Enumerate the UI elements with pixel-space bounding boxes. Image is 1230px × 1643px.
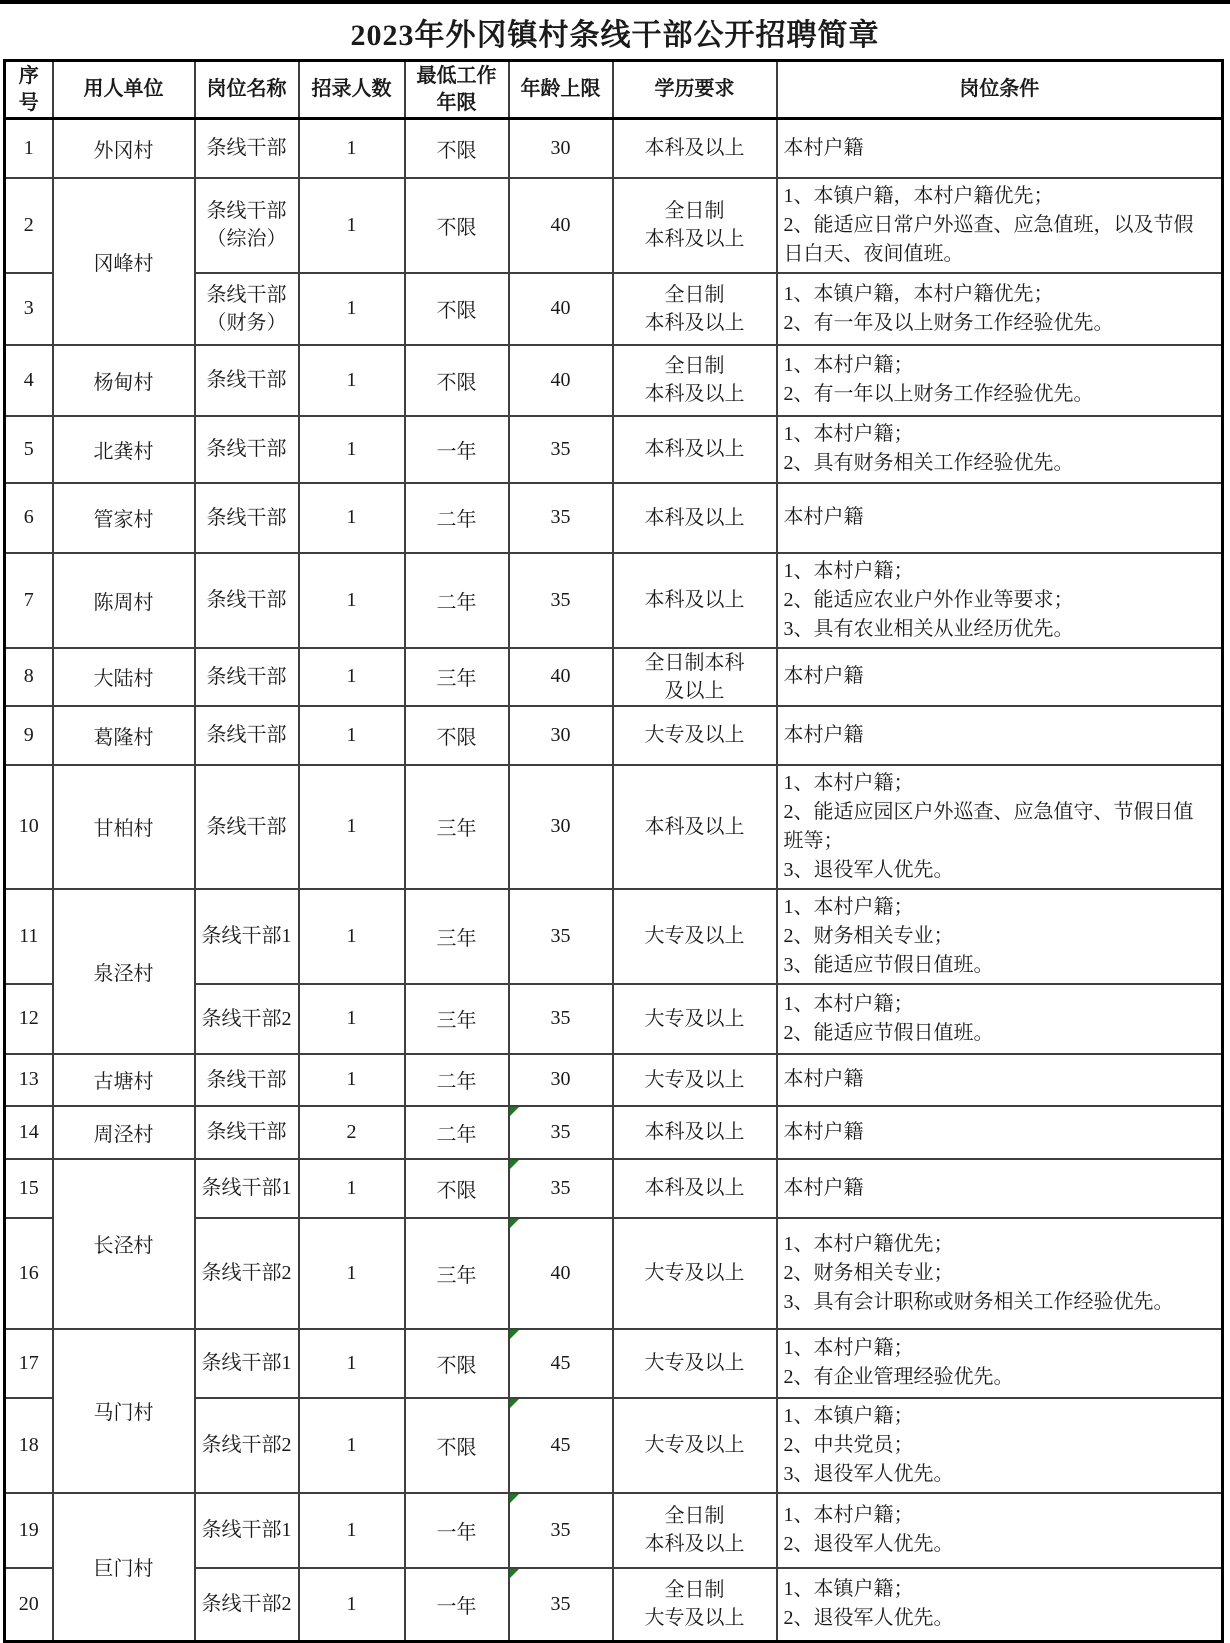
education-line: 大专及以上: [616, 1604, 774, 1632]
requirements-cell: 1、本村户籍；2、有企业管理经验优先。: [777, 1329, 1223, 1398]
education-line: 全日制: [616, 1502, 774, 1530]
education-line: 本科及以上: [616, 504, 774, 532]
education-line: 全日制: [616, 281, 774, 309]
employer-village-cell: 长泾村: [53, 1159, 195, 1329]
requirements-cell: 1、本村户籍；2、财务相关专业；3、能适应节假日值班。: [777, 889, 1223, 984]
education-cell: 大专及以上: [613, 889, 777, 984]
requirements-cell: 1、本村户籍优先；2、财务相关专业；3、具有会计职称或财务相关工作经验优先。: [777, 1218, 1223, 1329]
serial-cell: 3: [5, 273, 53, 345]
age-limit-cell: 35: [509, 1493, 613, 1568]
requirements-cell: 1、本村户籍；2、能适应园区户外巡查、应急值守、节假日值班等；3、退役军人优先。: [777, 765, 1223, 889]
requirements-cell: 本村户籍: [777, 119, 1223, 178]
employer-village-cell: 周泾村: [53, 1106, 195, 1159]
headcount-cell: 1: [299, 984, 405, 1054]
education-line: 大专及以上: [616, 922, 774, 950]
requirement-item: 1、本村户籍；: [784, 990, 1214, 1019]
age-limit-cell: 35: [509, 889, 613, 984]
headcount-cell: 1: [299, 889, 405, 984]
age-limit-cell: 35: [509, 984, 613, 1054]
requirements-cell: 1、本村户籍；2、有一年以上财务工作经验优先。: [777, 345, 1223, 416]
education-line: 本科及以上: [616, 1174, 774, 1202]
position-line: 条线干部: [198, 366, 296, 394]
requirement-item: 1、本村户籍；: [784, 557, 1214, 586]
education-cell: 本科及以上: [613, 483, 777, 553]
headcount-cell: 1: [299, 706, 405, 765]
age-limit-cell: 40: [509, 1218, 613, 1329]
age-limit-cell: 40: [509, 345, 613, 416]
serial-cell: 10: [5, 765, 53, 889]
col-header-serial: 序号: [5, 61, 53, 119]
requirement-item: 2、中共党员；: [784, 1431, 1214, 1460]
employer-village-cell: 泉泾村: [53, 889, 195, 1054]
headcount-cell: 1: [299, 1568, 405, 1642]
requirement-item: 1、本村户籍；: [784, 893, 1214, 922]
age-limit-cell: 40: [509, 178, 613, 273]
requirements-cell: 本村户籍: [777, 648, 1223, 706]
age-limit-cell: 30: [509, 1054, 613, 1106]
requirement-item: 1、本村户籍；: [784, 420, 1214, 449]
position-name-cell: 条线干部: [195, 765, 299, 889]
min-years-cell: 不限: [405, 1398, 509, 1493]
education-cell: 大专及以上: [613, 706, 777, 765]
table-row: 14周泾村条线干部2二年35本科及以上本村户籍: [5, 1106, 1223, 1159]
education-cell: 全日制本科及以上: [613, 345, 777, 416]
serial-cell: 19: [5, 1493, 53, 1568]
requirements-cell: 本村户籍: [777, 1106, 1223, 1159]
headcount-cell: 1: [299, 553, 405, 648]
employer-village-cell: 管家村: [53, 483, 195, 553]
table-row: 13古塘村条线干部1二年30大专及以上本村户籍: [5, 1054, 1223, 1106]
position-name-cell: 条线干部1: [195, 1159, 299, 1218]
requirement-item: 本村户籍: [784, 1174, 1214, 1203]
col-header-requirements: 岗位条件: [777, 61, 1223, 119]
education-cell: 全日制本科及以上: [613, 273, 777, 345]
age-limit-cell: 35: [509, 1568, 613, 1642]
requirement-item: 1、本村户籍；: [784, 1334, 1214, 1363]
position-name-cell: 条线干部: [195, 553, 299, 648]
education-cell: 大专及以上: [613, 1218, 777, 1329]
education-cell: 全日制本科及以上: [613, 1493, 777, 1568]
age-limit-cell: 35: [509, 483, 613, 553]
employer-village-cell: 冈峰村: [53, 178, 195, 345]
position-line: 条线干部2: [198, 1590, 296, 1618]
table-row: 15长泾村条线干部11不限35本科及以上本村户籍: [5, 1159, 1223, 1218]
position-name-cell: 条线干部1: [195, 1329, 299, 1398]
headcount-cell: 1: [299, 765, 405, 889]
headcount-cell: 1: [299, 178, 405, 273]
requirement-item: 2、能适应农业户外作业等要求；: [784, 586, 1214, 615]
position-line: （财务）: [198, 309, 296, 337]
employer-village-cell: 外冈村: [53, 119, 195, 178]
requirement-item: 1、本镇户籍，本村户籍优先；: [784, 182, 1214, 211]
age-limit-cell: 30: [509, 765, 613, 889]
position-line: 条线干部2: [198, 1259, 296, 1287]
headcount-cell: 2: [299, 1106, 405, 1159]
headcount-cell: 1: [299, 648, 405, 706]
serial-cell: 1: [5, 119, 53, 178]
table-row: 6管家村条线干部1二年35本科及以上本村户籍: [5, 483, 1223, 553]
position-name-cell: 条线干部: [195, 1106, 299, 1159]
min-years-cell: 二年: [405, 1054, 509, 1106]
serial-cell: 14: [5, 1106, 53, 1159]
education-cell: 本科及以上: [613, 416, 777, 483]
serial-cell: 16: [5, 1218, 53, 1329]
headcount-cell: 1: [299, 1493, 405, 1568]
headcount-cell: 1: [299, 1159, 405, 1218]
requirement-item: 1、本镇户籍；: [784, 1575, 1214, 1604]
education-line: 本科及以上: [616, 309, 774, 337]
min-years-cell: 一年: [405, 416, 509, 483]
requirement-item: 1、本镇户籍；: [784, 1402, 1214, 1431]
recruitment-table: 序号 用人单位 岗位名称 招录人数 最低工作年限 年龄上限 学历要求 岗位条件 …: [3, 59, 1224, 1643]
col-header-min-years: 最低工作年限: [405, 61, 509, 119]
cell-corner-flag: [510, 1107, 519, 1116]
serial-cell: 9: [5, 706, 53, 765]
education-line: 大专及以上: [616, 1431, 774, 1459]
min-years-cell: 二年: [405, 553, 509, 648]
position-line: （综治）: [198, 225, 296, 253]
requirement-item: 2、财务相关专业；: [784, 922, 1214, 951]
headcount-cell: 1: [299, 1329, 405, 1398]
headcount-cell: 1: [299, 1054, 405, 1106]
headcount-cell: 1: [299, 416, 405, 483]
requirement-item: 3、能适应节假日值班。: [784, 951, 1214, 980]
table-row: 1外冈村条线干部1不限30本科及以上本村户籍: [5, 119, 1223, 178]
serial-cell: 4: [5, 345, 53, 416]
requirement-item: 3、退役军人优先。: [784, 1460, 1214, 1489]
age-limit-cell: 30: [509, 706, 613, 765]
position-line: 条线干部2: [198, 1005, 296, 1033]
education-line: 大专及以上: [616, 1066, 774, 1094]
headcount-cell: 1: [299, 483, 405, 553]
serial-cell: 20: [5, 1568, 53, 1642]
education-line: 本科及以上: [616, 225, 774, 253]
table-row: 2冈峰村条线干部（综治）1不限40全日制本科及以上1、本镇户籍，本村户籍优先；2…: [5, 178, 1223, 273]
education-line: 本科及以上: [616, 813, 774, 841]
position-name-cell: 条线干部: [195, 416, 299, 483]
page-title: 2023年外冈镇村条线干部公开招聘简章: [0, 4, 1230, 59]
min-years-cell: 三年: [405, 648, 509, 706]
min-years-cell: 一年: [405, 1493, 509, 1568]
table-row: 9葛隆村条线干部1不限30大专及以上本村户籍: [5, 706, 1223, 765]
min-years-cell: 不限: [405, 1159, 509, 1218]
education-cell: 全日制本科及以上: [613, 648, 777, 706]
employer-village-cell: 陈周村: [53, 553, 195, 648]
requirement-item: 2、有一年以上财务工作经验优先。: [784, 380, 1214, 409]
min-years-cell: 二年: [405, 1106, 509, 1159]
requirement-item: 2、有一年及以上财务工作经验优先。: [784, 309, 1214, 338]
requirement-item: 本村户籍: [784, 134, 1214, 163]
age-limit-cell: 35: [509, 1106, 613, 1159]
requirements-cell: 本村户籍: [777, 1054, 1223, 1106]
requirements-cell: 本村户籍: [777, 483, 1223, 553]
education-cell: 大专及以上: [613, 1398, 777, 1493]
serial-cell: 6: [5, 483, 53, 553]
position-line: 条线干部2: [198, 1431, 296, 1459]
education-line: 全日制: [616, 352, 774, 380]
position-line: 条线干部: [198, 1118, 296, 1146]
age-limit-cell: 35: [509, 416, 613, 483]
requirement-item: 本村户籍: [784, 503, 1214, 532]
col-header-employer: 用人单位: [53, 61, 195, 119]
position-name-cell: 条线干部（财务）: [195, 273, 299, 345]
requirements-cell: 1、本村户籍；2、能适应节假日值班。: [777, 984, 1223, 1054]
requirements-cell: 1、本镇户籍，本村户籍优先；2、能适应日常户外巡查、应急值班，以及节假日白天、夜…: [777, 178, 1223, 273]
education-cell: 全日制本科及以上: [613, 178, 777, 273]
position-line: 条线干部: [198, 1066, 296, 1094]
position-name-cell: 条线干部1: [195, 1493, 299, 1568]
header-row: 序号 用人单位 岗位名称 招录人数 最低工作年限 年龄上限 学历要求 岗位条件: [5, 61, 1223, 119]
employer-village-cell: 古塘村: [53, 1054, 195, 1106]
requirement-item: 本村户籍: [784, 721, 1214, 750]
requirement-item: 3、具有会计职称或财务相关工作经验优先。: [784, 1288, 1214, 1317]
requirements-cell: 1、本镇户籍；2、退役军人优先。: [777, 1568, 1223, 1642]
serial-cell: 12: [5, 984, 53, 1054]
col-header-education: 学历要求: [613, 61, 777, 119]
col-header-position: 岗位名称: [195, 61, 299, 119]
education-line: 大专及以上: [616, 1005, 774, 1033]
position-name-cell: 条线干部2: [195, 984, 299, 1054]
position-name-cell: 条线干部2: [195, 1218, 299, 1329]
requirement-item: 1、本镇户籍，本村户籍优先；: [784, 280, 1214, 309]
min-years-cell: 二年: [405, 483, 509, 553]
age-limit-cell: 35: [509, 1159, 613, 1218]
headcount-cell: 1: [299, 1398, 405, 1493]
position-name-cell: 条线干部1: [195, 889, 299, 984]
requirement-item: 本村户籍: [784, 1065, 1214, 1094]
cell-corner-flag: [510, 1160, 519, 1169]
position-name-cell: 条线干部: [195, 119, 299, 178]
position-line: 条线干部: [198, 281, 296, 309]
requirement-item: 2、能适应日常户外巡查、应急值班，以及节假日白天、夜间值班。: [784, 211, 1214, 269]
min-years-cell: 不限: [405, 119, 509, 178]
education-cell: 本科及以上: [613, 119, 777, 178]
position-name-cell: 条线干部: [195, 648, 299, 706]
min-years-cell: 不限: [405, 706, 509, 765]
position-line: 条线干部: [198, 721, 296, 749]
min-years-cell: 三年: [405, 765, 509, 889]
position-name-cell: 条线干部2: [195, 1398, 299, 1493]
education-cell: 大专及以上: [613, 984, 777, 1054]
cell-corner-flag: [510, 1399, 519, 1408]
position-name-cell: 条线干部: [195, 706, 299, 765]
requirements-cell: 1、本镇户籍；2、中共党员；3、退役军人优先。: [777, 1398, 1223, 1493]
education-line: 本科及以上: [616, 1530, 774, 1558]
position-name-cell: 条线干部2: [195, 1568, 299, 1642]
serial-cell: 5: [5, 416, 53, 483]
table-row: 11泉泾村条线干部11三年35大专及以上1、本村户籍；2、财务相关专业；3、能适…: [5, 889, 1223, 984]
cell-corner-flag: [510, 1494, 519, 1503]
serial-cell: 18: [5, 1398, 53, 1493]
position-name-cell: 条线干部: [195, 345, 299, 416]
serial-cell: 15: [5, 1159, 53, 1218]
table-row: 10甘柏村条线干部1三年30本科及以上1、本村户籍；2、能适应园区户外巡查、应急…: [5, 765, 1223, 889]
employer-village-cell: 杨甸村: [53, 345, 195, 416]
education-line: 及以上: [616, 677, 774, 705]
serial-cell: 11: [5, 889, 53, 984]
requirement-item: 2、能适应园区户外巡查、应急值守、节假日值班等；: [784, 798, 1214, 856]
min-years-cell: 不限: [405, 345, 509, 416]
position-line: 条线干部1: [198, 1349, 296, 1377]
headcount-cell: 1: [299, 273, 405, 345]
age-limit-cell: 40: [509, 648, 613, 706]
employer-village-cell: 马门村: [53, 1329, 195, 1493]
requirement-item: 1、本村户籍优先；: [784, 1230, 1214, 1259]
requirement-item: 本村户籍: [784, 1118, 1214, 1147]
age-limit-cell: 30: [509, 119, 613, 178]
education-line: 全日制本科: [616, 649, 774, 677]
age-limit-cell: 35: [509, 553, 613, 648]
min-years-cell: 不限: [405, 178, 509, 273]
col-header-age-limit: 年龄上限: [509, 61, 613, 119]
requirement-item: 3、退役军人优先。: [784, 856, 1214, 885]
position-name-cell: 条线干部: [195, 1054, 299, 1106]
education-cell: 全日制大专及以上: [613, 1568, 777, 1642]
education-cell: 大专及以上: [613, 1054, 777, 1106]
serial-cell: 17: [5, 1329, 53, 1398]
position-line: 条线干部: [198, 813, 296, 841]
education-line: 大专及以上: [616, 1259, 774, 1287]
education-cell: 本科及以上: [613, 1106, 777, 1159]
requirements-cell: 1、本村户籍；2、退役军人优先。: [777, 1493, 1223, 1568]
table-row: 5北龚村条线干部1一年35本科及以上1、本村户籍；2、具有财务相关工作经验优先。: [5, 416, 1223, 483]
table-row: 17马门村条线干部11不限45大专及以上1、本村户籍；2、有企业管理经验优先。: [5, 1329, 1223, 1398]
education-line: 本科及以上: [616, 380, 774, 408]
col-header-headcount: 招录人数: [299, 61, 405, 119]
education-cell: 本科及以上: [613, 765, 777, 889]
requirement-item: 3、具有农业相关从业经历优先。: [784, 615, 1214, 644]
headcount-cell: 1: [299, 119, 405, 178]
employer-village-cell: 甘柏村: [53, 765, 195, 889]
table-row: 19巨门村条线干部11一年35全日制本科及以上1、本村户籍；2、退役军人优先。: [5, 1493, 1223, 1568]
requirement-item: 2、退役军人优先。: [784, 1530, 1214, 1559]
requirements-cell: 本村户籍: [777, 1159, 1223, 1218]
min-years-cell: 不限: [405, 1329, 509, 1398]
age-limit-cell: 45: [509, 1329, 613, 1398]
headcount-cell: 1: [299, 345, 405, 416]
employer-village-cell: 北龚村: [53, 416, 195, 483]
education-line: 本科及以上: [616, 435, 774, 463]
position-line: 条线干部: [198, 435, 296, 463]
min-years-cell: 三年: [405, 984, 509, 1054]
serial-cell: 13: [5, 1054, 53, 1106]
requirements-cell: 1、本村户籍；2、具有财务相关工作经验优先。: [777, 416, 1223, 483]
requirements-cell: 本村户籍: [777, 706, 1223, 765]
education-line: 大专及以上: [616, 1349, 774, 1377]
requirement-item: 2、有企业管理经验优先。: [784, 1363, 1214, 1392]
headcount-cell: 1: [299, 1218, 405, 1329]
education-line: 本科及以上: [616, 134, 774, 162]
education-cell: 本科及以上: [613, 1159, 777, 1218]
requirement-item: 1、本村户籍；: [784, 351, 1214, 380]
position-name-cell: 条线干部（综治）: [195, 178, 299, 273]
age-limit-cell: 40: [509, 273, 613, 345]
education-line: 全日制: [616, 197, 774, 225]
table-row: 7陈周村条线干部1二年35本科及以上1、本村户籍；2、能适应农业户外作业等要求；…: [5, 553, 1223, 648]
min-years-cell: 一年: [405, 1568, 509, 1642]
table-row: 4杨甸村条线干部1不限40全日制本科及以上1、本村户籍；2、有一年以上财务工作经…: [5, 345, 1223, 416]
cell-corner-flag: [510, 1330, 519, 1339]
employer-village-cell: 巨门村: [53, 1493, 195, 1642]
requirement-item: 本村户籍: [784, 662, 1214, 691]
employer-village-cell: 大陆村: [53, 648, 195, 706]
cell-corner-flag: [510, 1219, 519, 1228]
requirement-item: 1、本村户籍；: [784, 769, 1214, 798]
requirement-item: 1、本村户籍；: [784, 1501, 1214, 1530]
requirement-item: 2、能适应节假日值班。: [784, 1019, 1214, 1048]
education-line: 大专及以上: [616, 721, 774, 749]
position-line: 条线干部1: [198, 1516, 296, 1544]
requirement-item: 2、退役军人优先。: [784, 1604, 1214, 1633]
position-line: 条线干部: [198, 586, 296, 614]
cell-corner-flag: [510, 1569, 519, 1578]
position-line: 条线干部: [198, 663, 296, 691]
requirement-item: 2、财务相关专业；: [784, 1259, 1214, 1288]
position-line: 条线干部: [198, 504, 296, 532]
employer-village-cell: 葛隆村: [53, 706, 195, 765]
serial-cell: 8: [5, 648, 53, 706]
requirement-item: 2、具有财务相关工作经验优先。: [784, 449, 1214, 478]
education-cell: 本科及以上: [613, 553, 777, 648]
min-years-cell: 三年: [405, 889, 509, 984]
age-limit-cell: 45: [509, 1398, 613, 1493]
serial-cell: 2: [5, 178, 53, 273]
position-line: 条线干部: [198, 197, 296, 225]
min-years-cell: 不限: [405, 273, 509, 345]
min-years-cell: 三年: [405, 1218, 509, 1329]
requirements-cell: 1、本村户籍；2、能适应农业户外作业等要求；3、具有农业相关从业经历优先。: [777, 553, 1223, 648]
position-name-cell: 条线干部: [195, 483, 299, 553]
position-line: 条线干部1: [198, 1174, 296, 1202]
serial-cell: 7: [5, 553, 53, 648]
position-line: 条线干部1: [198, 922, 296, 950]
education-line: 本科及以上: [616, 1118, 774, 1146]
education-cell: 大专及以上: [613, 1329, 777, 1398]
education-line: 本科及以上: [616, 586, 774, 614]
table-row: 8大陆村条线干部1三年40全日制本科及以上本村户籍: [5, 648, 1223, 706]
position-line: 条线干部: [198, 134, 296, 162]
education-line: 全日制: [616, 1576, 774, 1604]
requirements-cell: 1、本镇户籍，本村户籍优先；2、有一年及以上财务工作经验优先。: [777, 273, 1223, 345]
